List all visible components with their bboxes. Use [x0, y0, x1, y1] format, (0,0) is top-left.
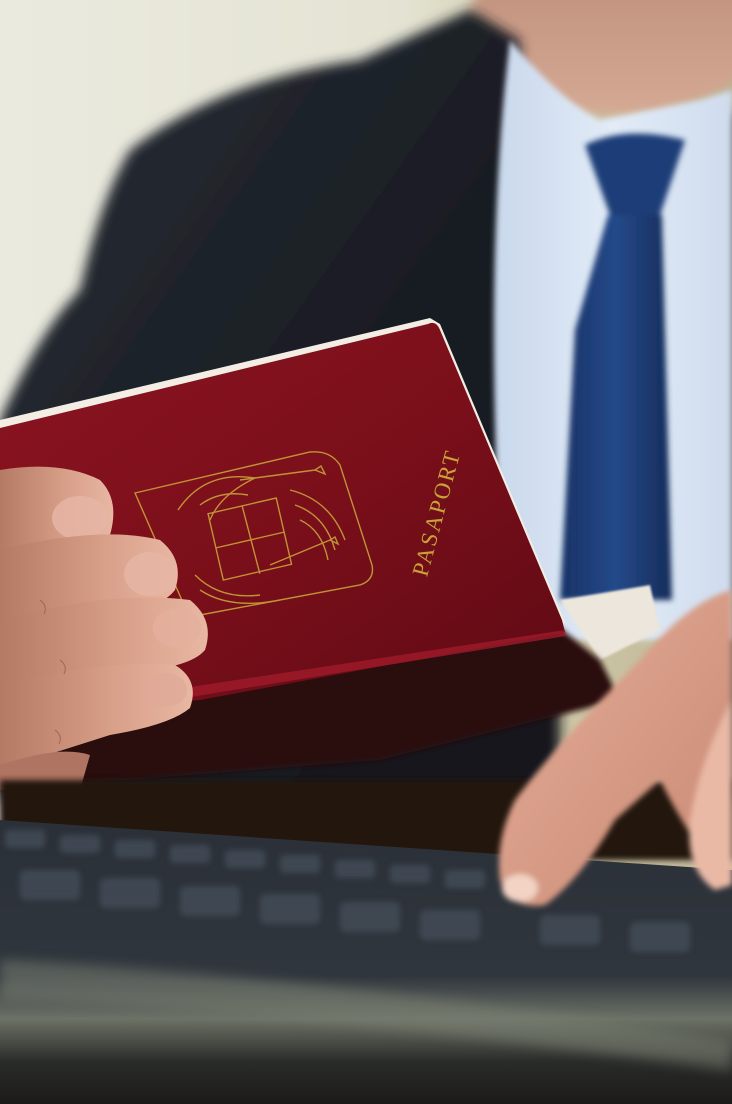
keyboard — [0, 820, 732, 1104]
photo-scene: PASAPORT — [0, 0, 732, 1104]
photo-canvas — [0, 0, 732, 1104]
